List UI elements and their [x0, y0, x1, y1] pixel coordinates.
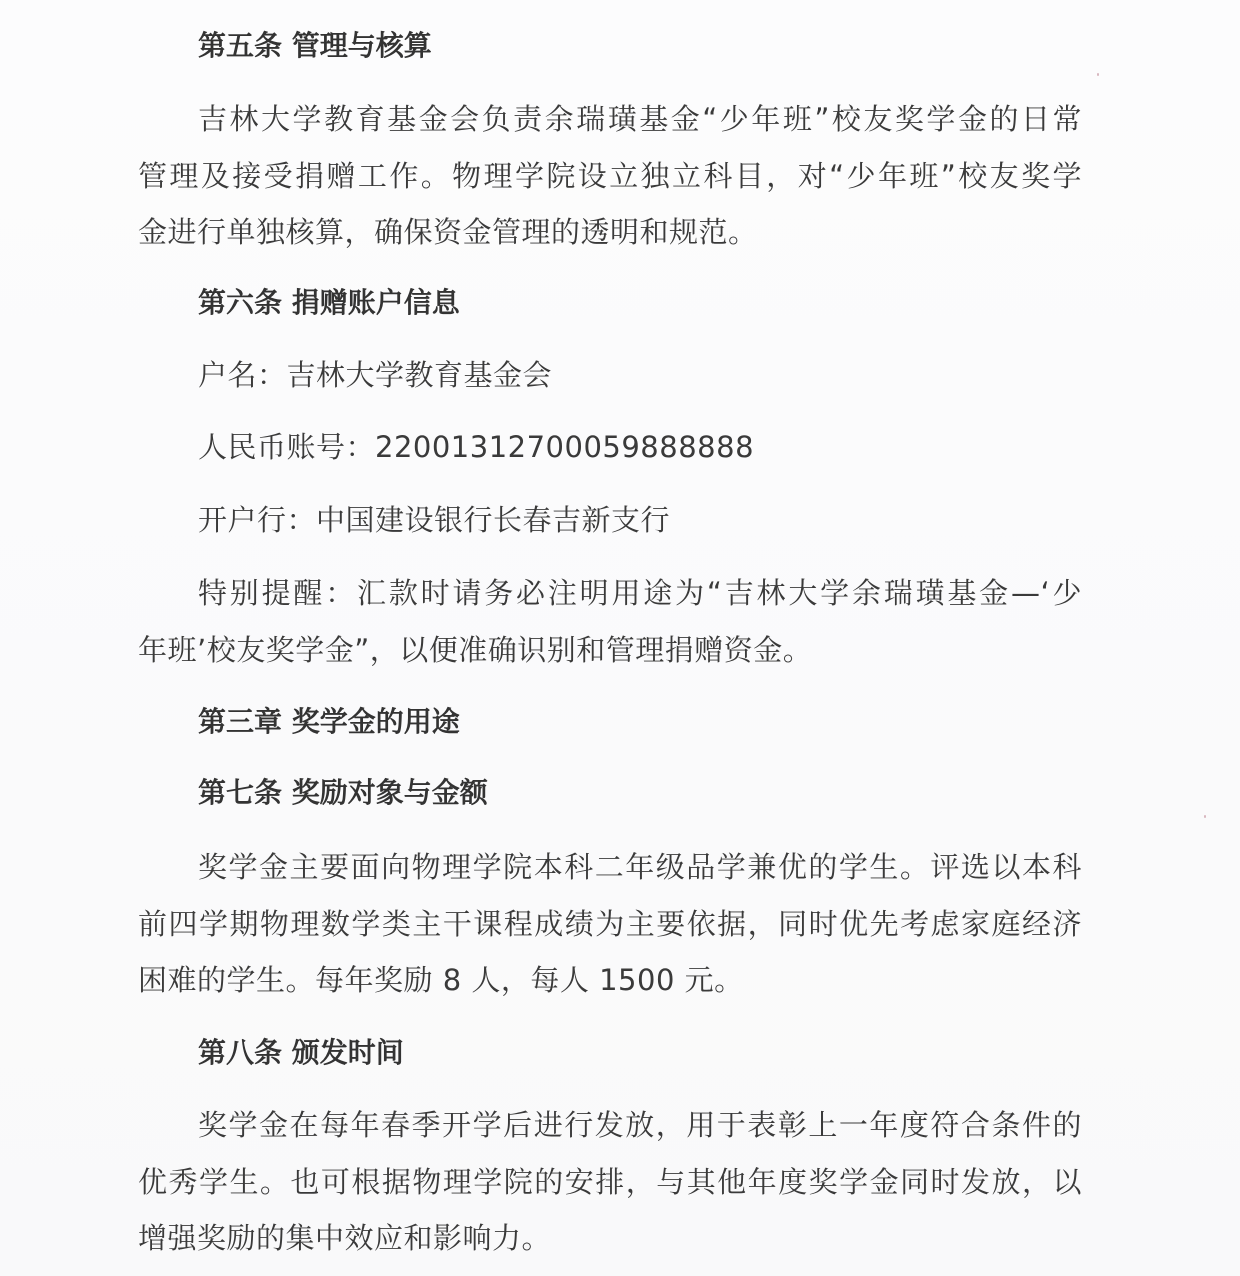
article-8-heading: 第八条 颁发时间 — [198, 1033, 404, 1073]
account-name: 户名：吉林大学教育基金会 — [198, 355, 552, 395]
article-7-line-2: 前四学期物理数学类主干课程成绩为主要依据，同时优先考虑家庭经济 — [138, 904, 1082, 944]
article-7-line-1: 奖学金主要面向物理学院本科二年级品学兼优的学生。评选以本科 — [138, 847, 1082, 887]
article-5-line-3: 金进行单独核算，确保资金管理的透明和规范。 — [138, 212, 1082, 252]
document-page: 第五条 管理与核算 吉林大学教育基金会负责余瑞璜基金“少年班”校友奖学金的日常 … — [0, 0, 1240, 1276]
article-7-line-3: 困难的学生。每年奖励 8 人，每人 1500 元。 — [138, 960, 1082, 1000]
scan-speck — [1097, 73, 1099, 76]
article-7-heading: 第七条 奖励对象与金额 — [198, 773, 488, 813]
article-5-line-1: 吉林大学教育基金会负责余瑞璜基金“少年班”校友奖学金的日常 — [138, 99, 1082, 139]
article-8-line-3: 增强奖励的集中效应和影响力。 — [138, 1218, 1082, 1258]
article-5-heading: 第五条 管理与核算 — [198, 26, 432, 66]
reminder-line-2: 年班’校友奖学金”，以便准确识别和管理捐赠资金。 — [138, 630, 1082, 670]
article-8-line-1: 奖学金在每年春季开学后进行发放，用于表彰上一年度符合条件的 — [138, 1105, 1082, 1145]
account-number: 人民币账号：22001312700059888888 — [198, 427, 754, 467]
article-8-line-2: 优秀学生。也可根据物理学院的安排，与其他年度奖学金同时发放，以 — [138, 1162, 1082, 1202]
reminder-line-1: 特别提醒：汇款时请务必注明用途为“吉林大学余瑞璜基金—‘少 — [138, 573, 1082, 613]
article-6-heading: 第六条 捐赠账户信息 — [198, 283, 460, 323]
article-5-line-2: 管理及接受捐赠工作。物理学院设立独立科目，对“少年班”校友奖学 — [138, 156, 1082, 196]
scan-speck — [1204, 815, 1206, 818]
chapter-3-heading: 第三章 奖学金的用途 — [198, 702, 460, 742]
bank-name: 开户行：中国建设银行长春吉新支行 — [198, 500, 670, 540]
